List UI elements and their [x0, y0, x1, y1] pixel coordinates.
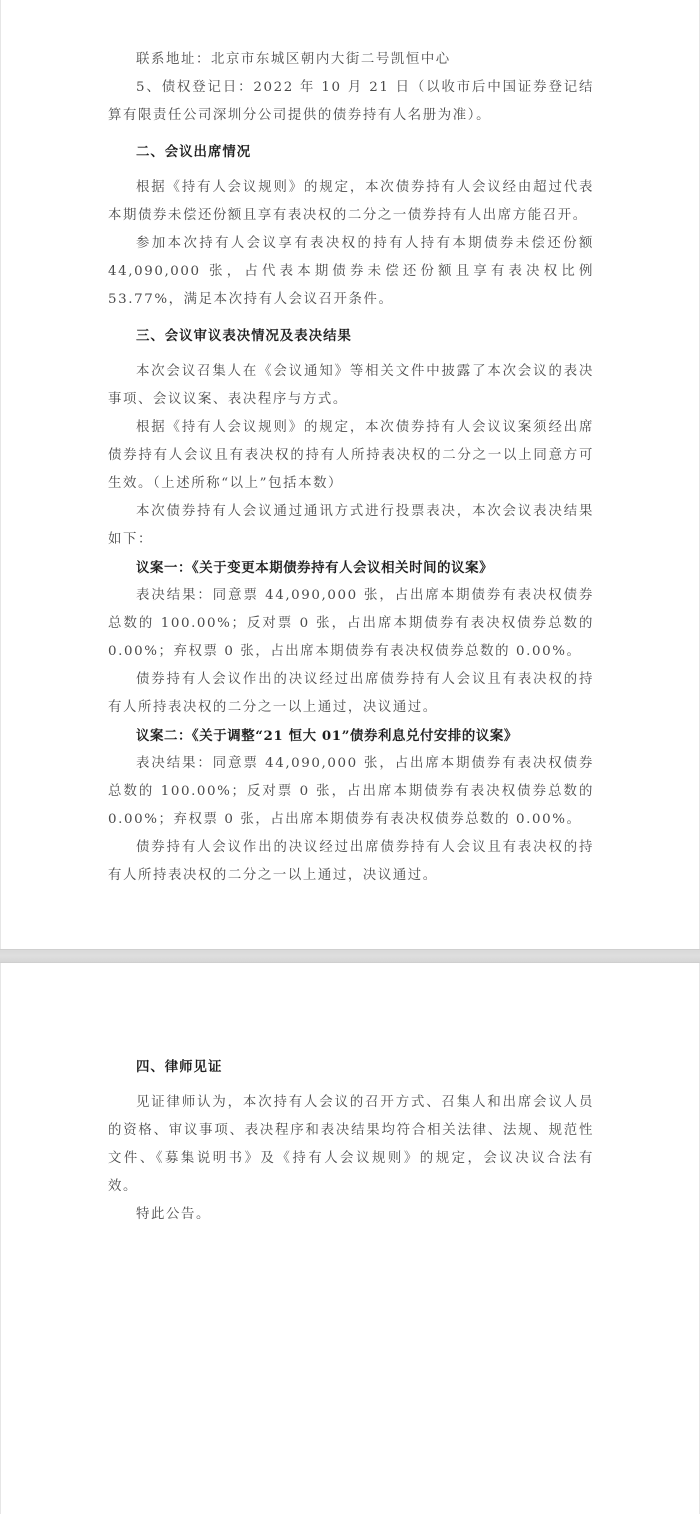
motion-1-title: 议案一：《关于变更本期债券持有人会议相关时间的议案》 — [108, 554, 594, 582]
voting-disclosure-paragraph: 本次会议召集人在《会议通知》等相关文件中披露了本次会议的表决事项、会议议案、表决… — [108, 358, 594, 414]
motion-2-title: 议案二：《关于调整“21 恒大 01”债券利息兑付安排的议案》 — [108, 722, 594, 750]
document-page-1: 联系地址：北京市东城区朝内大街二号凯恒中心 5、债权登记日：2022 年 10 … — [0, 0, 700, 949]
section-heading-attendance: 二、会议出席情况 — [108, 138, 594, 166]
contact-address: 联系地址：北京市东城区朝内大街二号凯恒中心 — [108, 46, 594, 74]
motion-1-result: 表决结果：同意票 44,090,000 张，占出席本期债券有表决权债券总数的 1… — [108, 582, 594, 666]
page-2-content: 四、律师见证 见证律师认为，本次持有人会议的召开方式、召集人和出席会议人员的资格… — [108, 1045, 594, 1229]
voting-rule-paragraph: 根据《持有人会议规则》的规定，本次债券持有人会议议案须经出席债券持有人会议且有表… — [108, 414, 594, 498]
motion-2-conclusion: 债券持有人会议作出的决议经过出席债券持有人会议且有表决权的持有人所持表决权的二分… — [108, 834, 594, 890]
section-heading-voting: 三、会议审议表决情况及表决结果 — [108, 322, 594, 350]
document-page-2: 四、律师见证 见证律师认为，本次持有人会议的召开方式、召集人和出席会议人员的资格… — [0, 963, 700, 1514]
debt-registration-date: 5、债权登记日：2022 年 10 月 21 日（以收市后中国证券登记结算有限责… — [108, 74, 594, 130]
lawyer-opinion-paragraph: 见证律师认为，本次持有人会议的召开方式、召集人和出席会议人员的资格、审议事项、表… — [108, 1089, 594, 1201]
motion-1-conclusion: 债券持有人会议作出的决议经过出席债券持有人会议且有表决权的持有人所持表决权的二分… — [108, 666, 594, 722]
closing-announcement: 特此公告。 — [108, 1201, 594, 1229]
voting-method-paragraph: 本次债券持有人会议通过通讯方式进行投票表决，本次会议表决结果如下： — [108, 498, 594, 554]
motion-2-result: 表决结果：同意票 44,090,000 张，占出席本期债券有表决权债券总数的 1… — [108, 750, 594, 834]
attendance-stats-paragraph: 参加本次持有人会议享有表决权的持有人持有本期债券未偿还份额 44,090,000… — [108, 230, 594, 314]
attendance-rule-paragraph: 根据《持有人会议规则》的规定，本次债券持有人会议经由超过代表本期债券未偿还份额且… — [108, 174, 594, 230]
section-heading-lawyer-witness: 四、律师见证 — [108, 1053, 594, 1081]
page-1-content: 联系地址：北京市东城区朝内大街二号凯恒中心 5、债权登记日：2022 年 10 … — [108, 46, 594, 890]
page-separator — [0, 949, 700, 963]
